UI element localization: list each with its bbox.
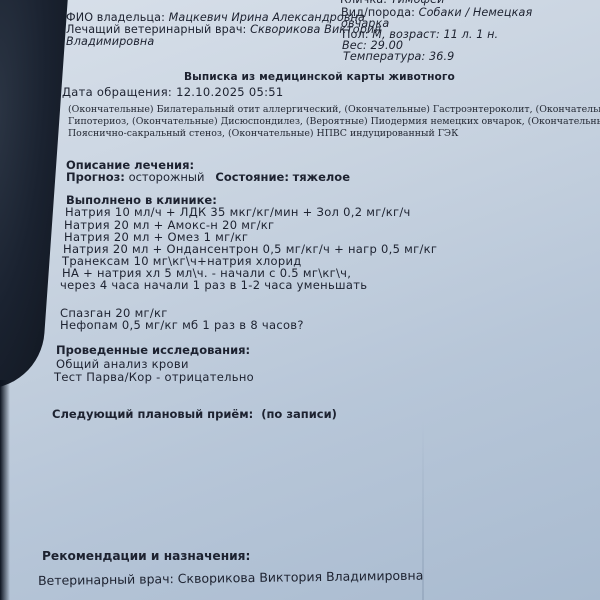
- medication-line: Нефопам 0,5 мг/кг мб 1 раз в 8 часов?: [60, 318, 304, 332]
- procedure-line: через 4 часа начали 1 раз в 1-2 часа уме…: [60, 278, 367, 292]
- prognosis-condition: Прогноз: осторожный Состояние: тяжелое: [66, 170, 350, 184]
- document-title: Выписка из медицинской карты животного: [184, 71, 455, 83]
- attending-vet-cont: Владимировна: [66, 35, 154, 48]
- study-line: Общий анализ крови: [56, 357, 189, 371]
- procedure-line: Натрия 10 мл/ч + ЛДК 35 мкг/кг/мин + Зол…: [65, 205, 411, 219]
- left-edge-shadow: [0, 380, 10, 600]
- recommendations-heading: Рекомендации и назначения:: [42, 549, 250, 563]
- visit-date: Дата обращения: 12.10.2025 05:51: [62, 85, 284, 99]
- pet-temperature: Температура: 36.9: [343, 50, 454, 63]
- diagnosis-line: Гипотериоз, (Окончательные) Дисюспондиле…: [68, 116, 600, 127]
- next-visit: Следующий плановый приём: (по записи): [52, 407, 337, 421]
- diagnosis-line: (Окончательные) Билатеральный отит аллер…: [68, 104, 600, 115]
- diagnosis-line: Пояснично-сакральный стеноз, (Окончатель…: [68, 128, 458, 139]
- study-line: Тест Парва/Кор - отрицательно: [54, 370, 254, 384]
- studies-heading: Проведенные исследования:: [56, 343, 250, 357]
